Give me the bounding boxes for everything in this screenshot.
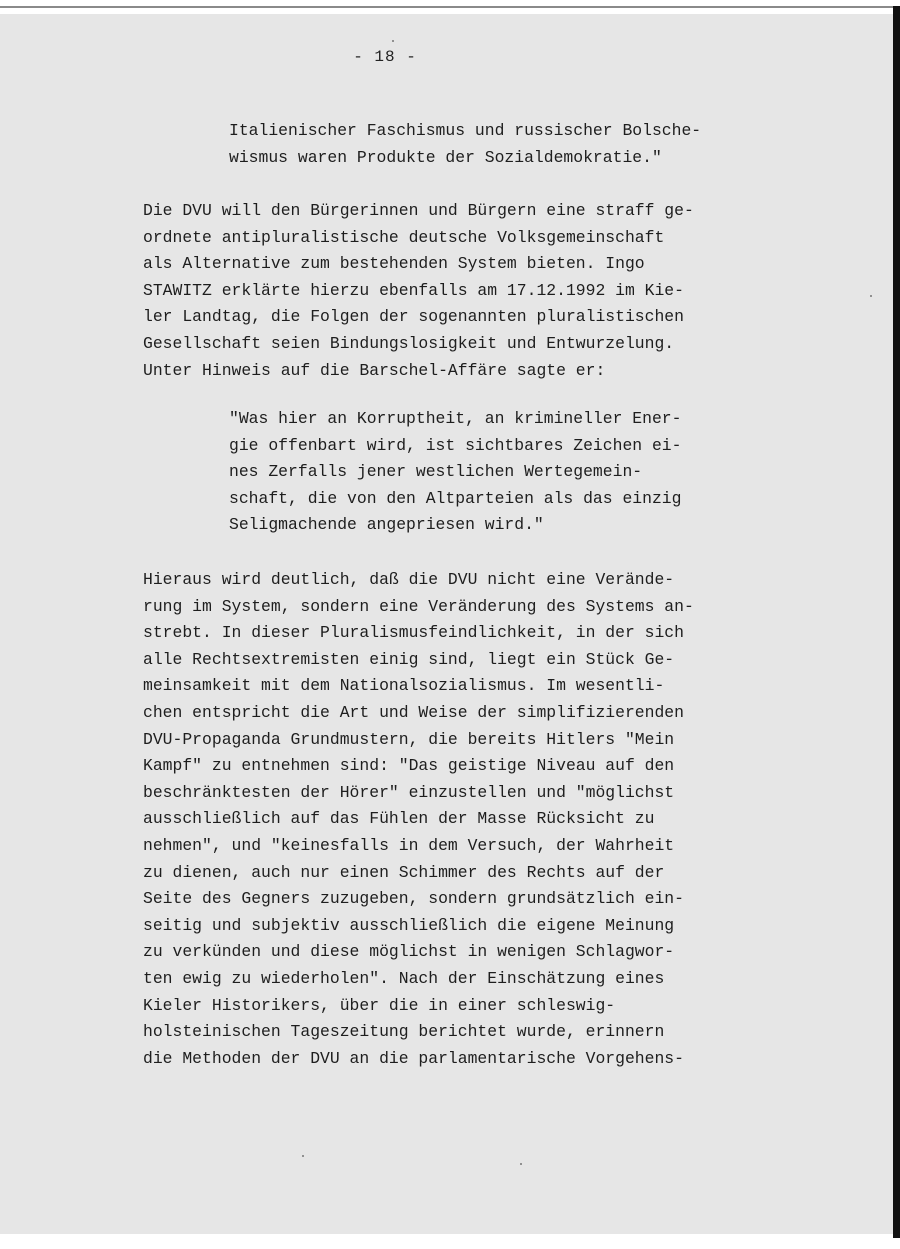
text-line: wismus waren Produkte der Sozialdemokrat…: [229, 145, 701, 172]
text-line: Seite des Gegners zuzugeben, sondern gru…: [143, 886, 694, 913]
text-line: beschränktesten der Hörer" einzustellen …: [143, 780, 694, 807]
text-line: rung im System, sondern eine Veränderung…: [143, 594, 694, 621]
text-line: ausschließlich auf das Fühlen der Masse …: [143, 806, 694, 833]
text-line: Hieraus wird deutlich, daß die DVU nicht…: [143, 567, 694, 594]
paragraph-1: Die DVU will den Bürgerinnen und Bürgern…: [143, 198, 694, 384]
text-line: holsteinischen Tageszeitung berichtet wu…: [143, 1019, 694, 1046]
text-line: als Alternative zum bestehenden System b…: [143, 251, 694, 278]
paragraph-2: Hieraus wird deutlich, daß die DVU nicht…: [143, 567, 694, 1072]
quote-intro: Italienischer Faschismus und russischer …: [229, 118, 701, 171]
text-line: zu dienen, auch nur einen Schimmer des R…: [143, 860, 694, 887]
text-line: schaft, die von den Altparteien als das …: [229, 486, 681, 513]
text-line: seitig und subjektiv ausschließlich die …: [143, 913, 694, 940]
text-line: gie offenbart wird, ist sichtbares Zeich…: [229, 433, 681, 460]
text-line: ler Landtag, die Folgen der sogenannten …: [143, 304, 694, 331]
text-line: DVU-Propaganda Grundmustern, die bereits…: [143, 727, 694, 754]
text-line: Kieler Historikers, über die in einer sc…: [143, 993, 694, 1020]
text-line: zu verkünden und diese möglichst in weni…: [143, 939, 694, 966]
text-line: Italienischer Faschismus und russischer …: [229, 118, 701, 145]
text-line: nehmen", und "keinesfalls in dem Versuch…: [143, 833, 694, 860]
top-rule: [0, 6, 893, 8]
text-line: alle Rechtsextremisten einig sind, liegt…: [143, 647, 694, 674]
text-line: nes Zerfalls jener westlichen Wertegemei…: [229, 459, 681, 486]
text-line: ten ewig zu wiederholen". Nach der Einsc…: [143, 966, 694, 993]
text-line: Unter Hinweis auf die Barschel-Affäre sa…: [143, 358, 694, 385]
text-line: strebt. In dieser Pluralismusfeindlichke…: [143, 620, 694, 647]
quote-2: "Was hier an Korruptheit, an krimineller…: [229, 406, 681, 539]
text-line: Gesellschaft seien Bindungslosigkeit und…: [143, 331, 694, 358]
text-line: Seligmachende angepriesen wird.": [229, 512, 681, 539]
scan-edge: [893, 6, 900, 1238]
text-line: STAWITZ erklärte hierzu ebenfalls am 17.…: [143, 278, 694, 305]
text-line: meinsamkeit mit dem Nationalsozialismus.…: [143, 673, 694, 700]
text-line: Die DVU will den Bürgerinnen und Bürgern…: [143, 198, 694, 225]
text-line: ordnete antipluralistische deutsche Volk…: [143, 225, 694, 252]
page-number: - 18 -: [0, 48, 770, 66]
text-line: Kampf" zu entnehmen sind: "Das geistige …: [143, 753, 694, 780]
text-line: chen entspricht die Art und Weise der si…: [143, 700, 694, 727]
text-line: die Methoden der DVU an die parlamentari…: [143, 1046, 694, 1073]
text-line: "Was hier an Korruptheit, an krimineller…: [229, 406, 681, 433]
